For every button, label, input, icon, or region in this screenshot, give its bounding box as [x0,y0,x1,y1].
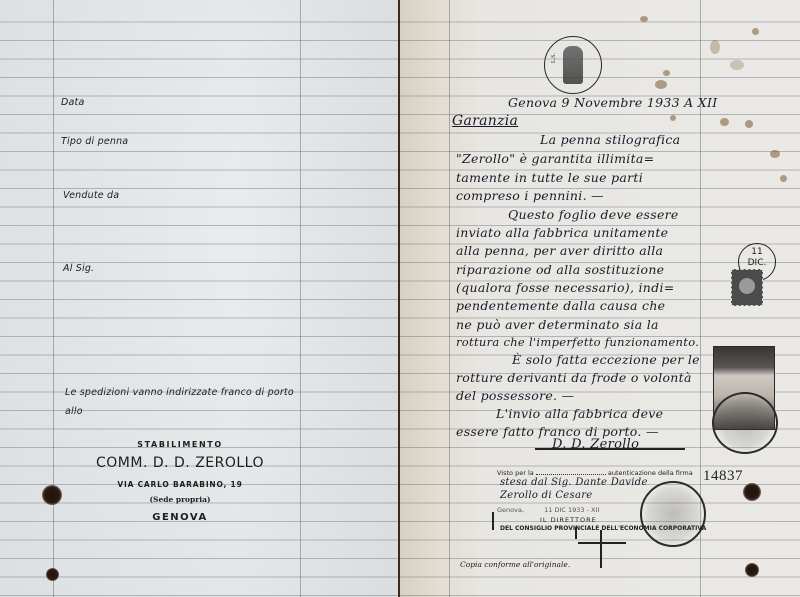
body-line: compreso i pennini. — [456,188,604,203]
body-line: "Zerollo" è garantita illimita= [456,151,654,166]
date-line: Genova 9 Novembre 1933 A XII [508,95,717,110]
serial-number: 14837 [703,468,743,485]
ruled-lines [0,0,398,597]
document-title: Garanzia [452,113,518,129]
body-line: (qualora fosse necessario), indi= [456,280,675,295]
letterhead-stabilimento: STABILIMENTO [60,440,300,449]
margin-rule [449,0,450,597]
body-line: pendentemente dalla causa che [456,298,665,313]
copy-note: Copia conforme all'originale. [460,560,570,569]
body-line: È solo fatta eccezione per le [512,352,700,367]
field-label-vendute-da: Vendute da [63,190,119,201]
body-line: rotture derivanti da frode o volontà [456,370,692,385]
ink-stain [743,483,761,501]
body-line: tamente in tutte le sue parti [456,170,643,185]
signature-stroke [535,448,685,450]
ink-stain [46,568,59,581]
letterhead-company: COMM. D. D. ZEROLLO [60,455,300,471]
body-line: del possessore. — [456,388,574,403]
auth-line-3: Zerollo di Cesare [500,490,593,501]
auth-line-5: IL DIRETTORE [540,516,597,524]
round-cancellation-seal [712,392,778,454]
body-line: ne può aver determinato sia la [456,317,659,332]
postage-stamp [731,269,763,306]
field-label-al-sig: Al Sig. [63,263,94,274]
letterhead-city: GENOVA [60,512,300,523]
auth-line-2: stesa dal Sig. Dante Davide [500,477,648,488]
letterhead-sede: (Sede propria) [60,495,300,504]
body-line: L'invio alla fabbrica deve [496,406,663,421]
cross-mark [600,530,602,568]
field-label-tipo-di-penna: Tipo di penna [61,136,128,147]
body-line: alla penna, per aver diritto alla [456,243,663,258]
seal-label: L.S. [551,53,557,63]
column-rule [300,0,301,597]
body-line: riparazione od alla sostituzione [456,262,664,277]
italia-figure-icon [563,46,583,84]
ink-stain [745,563,759,577]
body-line: inviato alla fabbrica unitamente [456,225,668,240]
chamber-of-commerce-seal [640,481,706,547]
left-page: Data Tipo di penna Vendute da Al Sig. Le… [0,0,398,597]
margin-rule [53,0,54,597]
body-line: Questo foglio deve essere [508,207,679,222]
ink-stain [42,485,62,505]
auth-line-4: Genova, 11 DIC 1933 - XII [497,506,599,514]
postmark-day: 11 [739,247,775,258]
shipping-note: Le spedizioni vanno indirizzate franco d… [65,387,294,398]
auth-line-1: Visto per la autenticazione della firma [497,469,693,477]
postmark-month: DIC. [739,258,775,269]
body-line: rottura che l'imperfetto funzionamento. [456,335,699,349]
field-label-data: Data [61,97,84,108]
letterhead-address: VIA CARLO BARABINO, 19 [60,480,300,489]
right-page: L.S. Genova 9 Novembre 1933 A XII Garanz… [400,0,800,597]
body-line: La penna stilografica [540,132,680,147]
shipping-note-allo: allo [65,406,83,417]
embossed-seal: L.S. [544,36,602,94]
signature: D. D. Zerollo [552,437,639,452]
